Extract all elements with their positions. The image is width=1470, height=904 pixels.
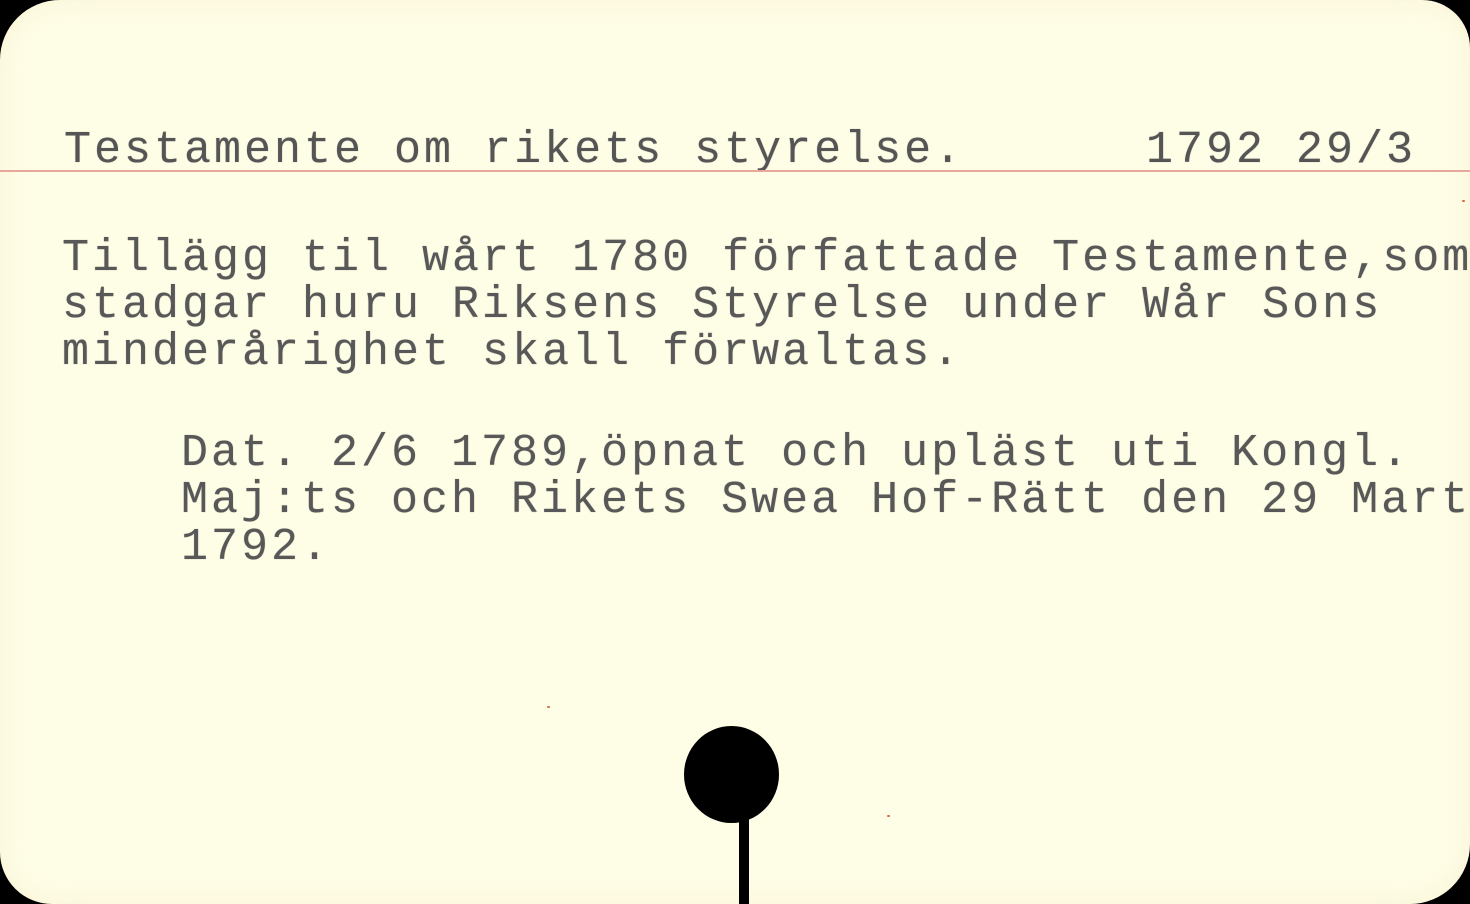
card-date: 1792 29/3 <box>1146 127 1416 174</box>
punch-slot <box>739 815 749 904</box>
dated-note: Dat. 2/6 1789,öpnat och upläst uti Kongl… <box>181 430 1470 571</box>
dated-line: Dat. 2/6 1789,öpnat och upläst uti Kongl… <box>181 430 1470 477</box>
card-title: Testamente om rikets styrelse. <box>64 127 964 174</box>
dated-line: 1792. <box>181 524 1470 571</box>
paper-speck <box>547 706 550 708</box>
index-card: Testamente om rikets styrelse. 1792 29/3… <box>0 0 1470 904</box>
card-body: Tillägg til wårt 1780 författade Testame… <box>62 235 1470 376</box>
body-line: minderårighet skall förwaltas. <box>62 329 1470 376</box>
punch-hole <box>684 726 779 823</box>
paper-speck <box>1462 200 1465 202</box>
paper-speck <box>887 815 890 817</box>
heading-rule <box>0 170 1470 172</box>
dated-line: Maj:ts och Rikets Swea Hof-Rätt den 29 M… <box>181 477 1470 524</box>
body-line: Tillägg til wårt 1780 författade Testame… <box>62 235 1470 282</box>
body-line: stadgar huru Riksens Styrelse under Wår … <box>62 282 1470 329</box>
